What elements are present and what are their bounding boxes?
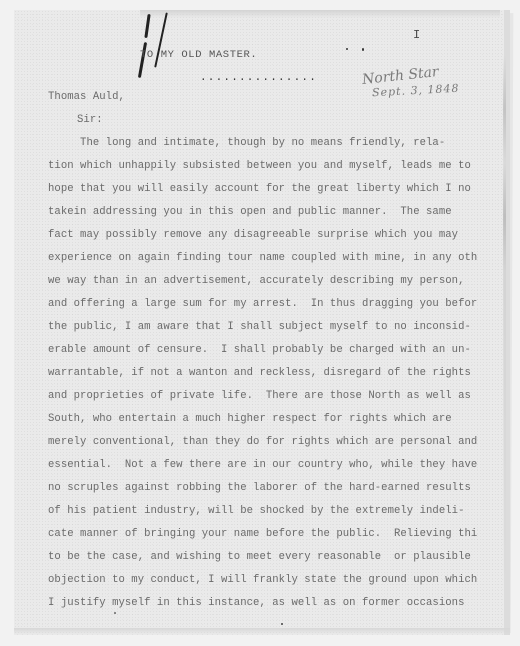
stray-mark-dot: [362, 48, 364, 51]
salutation-greeting: Sir:: [77, 114, 103, 126]
body-line: to be the case, and wishing to meet ever…: [48, 551, 471, 563]
body-line: erable amount of censure. I shall probab…: [48, 344, 471, 356]
title-dotted-rule: ...............: [200, 72, 317, 84]
body-line: warrantable, if not a wanton and reckles…: [48, 367, 471, 379]
page-bottom-shadow: [14, 628, 510, 634]
body-line: and proprieties of private life. There a…: [48, 390, 471, 402]
body-line: the public, I am aware that I shall subj…: [48, 321, 471, 333]
stray-mark-dot: [281, 623, 283, 625]
body-line: The long and intimate, though by no mean…: [48, 137, 445, 149]
scanned-document-canvas: I TO MY OLD MASTER. ............... Nort…: [0, 0, 520, 646]
body-line: objection to my conduct, I will frankly …: [48, 574, 477, 586]
page-fold-shadow: [140, 10, 500, 18]
salutation-name: Thomas Auld,: [48, 91, 125, 103]
stray-mark-dot: [114, 612, 116, 614]
body-line: and offering a large sum for my arrest. …: [48, 298, 477, 310]
body-line: cate manner of bringing your name before…: [48, 528, 477, 540]
body-line: hope that you will easily account for th…: [48, 183, 471, 195]
body-line: of his patient industry, will be shocked…: [48, 505, 464, 517]
stray-mark-dot: [346, 48, 348, 50]
body-line: merely conventional, than they do for ri…: [48, 436, 477, 448]
body-line: fact may possibly remove any disagreeabl…: [48, 229, 458, 241]
body-line: no scruples against robbing the laborer …: [48, 482, 471, 494]
body-line: I justify myself in this instance, as we…: [48, 597, 464, 609]
page-number: I: [413, 28, 420, 42]
document-title: TO MY OLD MASTER.: [140, 49, 257, 61]
body-line: tion which unhappily subsisted between y…: [48, 160, 471, 172]
body-line: essential. Not a few there are in our co…: [48, 459, 477, 471]
body-line: experience on again finding tour name co…: [48, 252, 477, 264]
body-line: South, who entertain a much higher respe…: [48, 413, 452, 425]
body-line: takein addressing you in this open and p…: [48, 206, 452, 218]
body-line: we way than in an advertisement, accurat…: [48, 275, 464, 287]
page-edge-wear: [503, 55, 506, 595]
